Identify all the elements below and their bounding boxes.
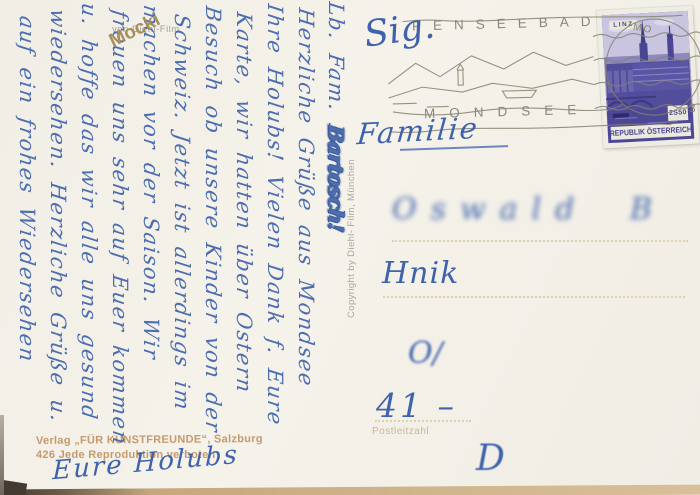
address-postcode: 41 – <box>376 386 457 425</box>
address-street: Hnik <box>382 256 459 291</box>
address-country-blurred: D <box>476 438 505 479</box>
address-dotted-line <box>383 296 685 298</box>
message-line: Karte, wir hatten über Ostern <box>228 0 259 490</box>
message-line: freuen uns sehr auf Euer kommen <box>104 0 135 490</box>
salutation-name-scribbled: Bartosch! <box>324 124 349 233</box>
message-line: Lb. Fam. Bartosch! <box>321 0 352 490</box>
address-note-family: Familie <box>356 111 481 152</box>
address-town-blurred: O/ <box>408 336 443 371</box>
scan-edge-left <box>0 415 4 495</box>
address-recipient-blurred: Oswald B <box>392 192 666 227</box>
message-line: wiedersehen. Herzliche Grüße u. <box>42 0 73 490</box>
message-line: Schweiz. Jetzt ist allerdings im <box>166 0 197 490</box>
message-line: u. hoffe das wir alle uns gesund <box>73 0 104 490</box>
message-line: Besuch ob unsere Kinder von der <box>197 0 228 490</box>
cds-date-digit: 3 <box>689 101 696 115</box>
address-dotted-line <box>392 240 688 242</box>
message-line: Ihre Holubs! Vielen Dank f. Eure <box>259 0 290 490</box>
salutation-prefix: Lb. Fam. <box>324 0 348 113</box>
postleitzahl-label: Postleitzahl <box>372 426 429 437</box>
message-line: machen vor der Saison. Wir <box>135 0 166 490</box>
handwritten-message: Lb. Fam. Bartosch! Herzliche Grüße aus M… <box>8 2 352 488</box>
message-line: auf ein frohes Wiedersehen <box>11 0 42 490</box>
postcard-back: von Diehl-Film Copyright by Diehl- Film,… <box>0 0 700 495</box>
message-line: Herzliche Grüße aus Mondsee <box>290 0 321 490</box>
